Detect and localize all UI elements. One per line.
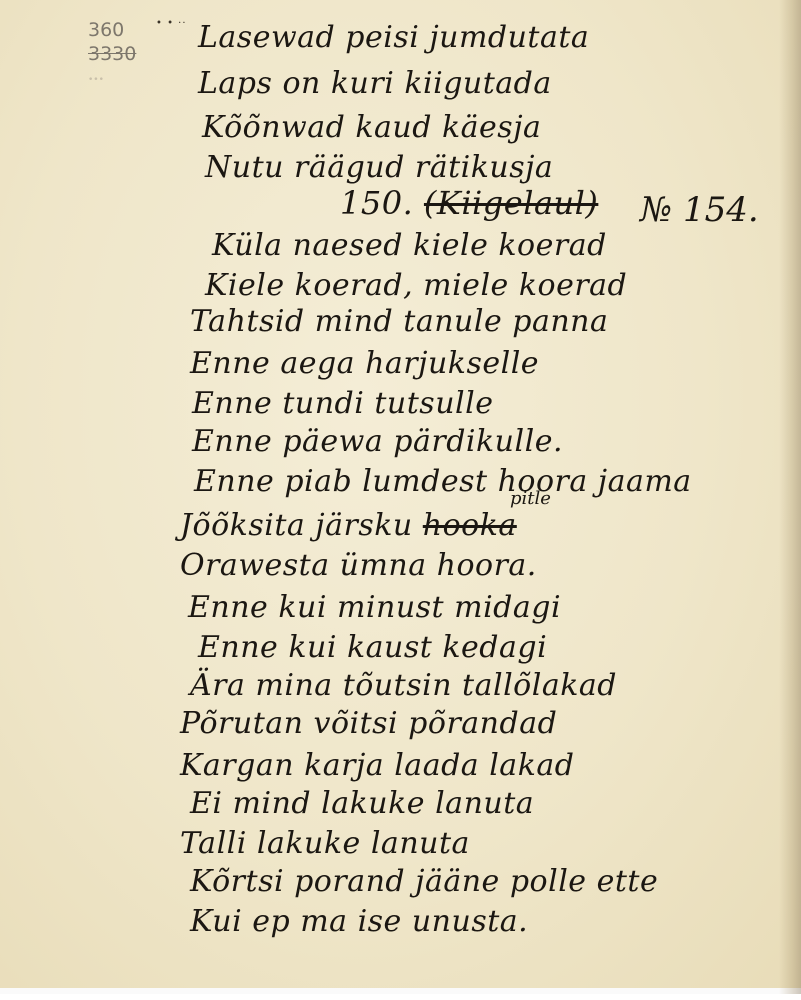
song-count: 150.: [340, 184, 413, 222]
text-line: Kargan karja laada lakad: [180, 748, 574, 783]
text-line: Orawesta ümna hoora.: [180, 548, 537, 583]
text-line: Ei mind lakuke lanuta: [190, 786, 534, 821]
text-line: Kõrtsi porand jääne polle ette: [190, 864, 658, 899]
inserted-word: pitle: [510, 488, 551, 509]
text-line: Enne päewa pärdikulle.: [192, 424, 563, 459]
faint-stamp: •••: [88, 68, 136, 92]
text-line: Tahtsid mind tanule panna: [190, 304, 608, 339]
line-text: Jõõksita järsku: [180, 508, 413, 543]
text-line: Kui ep ma ise unusta.: [190, 904, 528, 939]
text-line: Talli lakuke lanuta: [180, 826, 470, 861]
struck-word: hooka: [423, 508, 517, 543]
text-line: Lasewad peisi jumdutata: [198, 20, 589, 55]
text-line: Enne kui kaust kedagi: [198, 630, 547, 665]
text-line: Kiele koerad, miele koerad: [205, 268, 627, 303]
text-line: Kõõnwad kaud käesja: [202, 110, 541, 145]
text-line: Nutu räägud rätikusja: [205, 150, 553, 185]
archive-page-numbers: 360 3330 •••: [88, 18, 136, 92]
page-bottom-edge: [0, 988, 801, 994]
struck-title: (Kiigelaul): [424, 184, 598, 222]
text-line: Laps on kuri kiigutada: [198, 66, 552, 101]
song-number: № 154.: [640, 190, 759, 230]
text-line: Põrutan võitsi põrandad: [180, 706, 557, 741]
old-page-number: 3330: [88, 42, 136, 66]
text-line: Ära mina tõutsin tallõlakad: [190, 668, 617, 703]
text-line: Enne aega harjukselle: [190, 346, 539, 381]
ink-dots: • • ··: [156, 18, 187, 29]
text-line: Küla naesed kiele koerad: [212, 228, 607, 263]
text-line: Enne tundi tutsulle: [192, 386, 493, 421]
text-line: Enne piab lumdest hoora jaama: [194, 464, 692, 499]
page-number: 360: [88, 18, 136, 42]
manuscript-page: 360 3330 ••• • • ·· Lasewad peisi jumdut…: [0, 0, 801, 994]
song-header: 150. (Kiigelaul): [340, 184, 598, 222]
text-line: Enne kui minust midagi: [188, 590, 561, 625]
text-line: Jõõksita järsku hooka: [180, 508, 517, 543]
